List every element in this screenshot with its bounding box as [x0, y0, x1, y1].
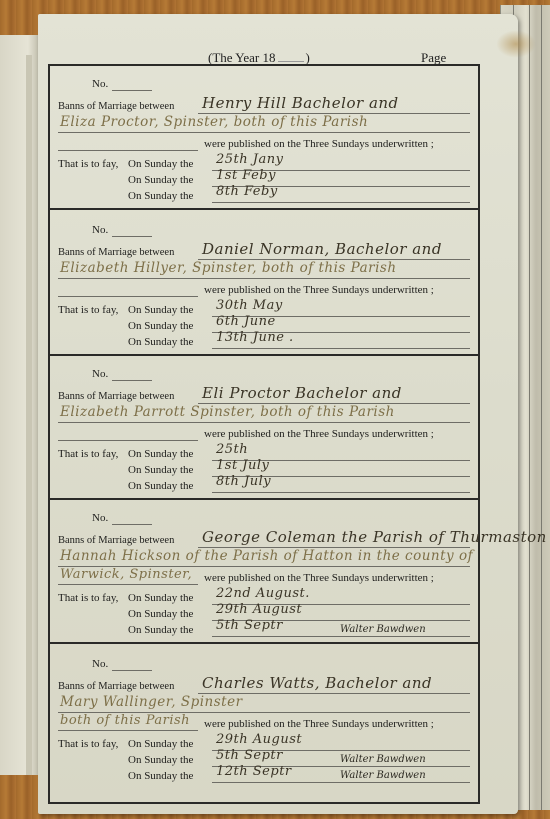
sunday-date-1: 22nd August. [216, 586, 310, 601]
banns-label: Banns of Marriage between [58, 535, 174, 546]
couple-line-1: Henry Hill Bachelor and [202, 94, 399, 112]
sunday-label-3: On Sunday the [128, 770, 193, 782]
sunday-label-2: On Sunday the [128, 464, 193, 476]
no-label: No. [92, 78, 108, 90]
sunday-date-1: 25th [216, 442, 248, 457]
banns-entry: No. Banns of Marriage between Eli Procto… [50, 356, 478, 500]
sunday-date-3: 12th Septr [216, 764, 292, 779]
that-is-label: That is to fay, [58, 304, 118, 316]
couple-line-3: both of this Parish [60, 713, 190, 728]
sunday-label-2: On Sunday the [128, 608, 193, 620]
sunday-date-1: 30th May [216, 298, 283, 313]
that-is-label: That is to fay, [58, 738, 118, 750]
sunday-date-2: 1st Feby [216, 168, 276, 183]
couple-line-1: George Coleman the Parish of Thurmaston [202, 528, 547, 546]
no-label: No. [92, 224, 108, 236]
officiant-signature-3: Walter Bawdwen [340, 624, 426, 635]
banns-entry: No. Banns of Marriage between Daniel Nor… [50, 212, 478, 356]
published-label: were published on the Three Sundays unde… [204, 284, 434, 296]
sunday-label-3: On Sunday the [128, 336, 193, 348]
sunday-date-3: 8th July [216, 474, 271, 489]
sunday-date-1: 29th August [216, 732, 302, 747]
sunday-label-3: On Sunday the [128, 190, 193, 202]
officiant-signature-2: Walter Bawdwen [340, 754, 426, 765]
published-label: were published on the Three Sundays unde… [204, 572, 434, 584]
that-is-label: That is to fay, [58, 592, 118, 604]
couple-line-2: Hannah Hickson of the Parish of Hatton i… [60, 548, 473, 564]
banns-entry: No. Banns of Marriage between Henry Hill… [50, 66, 478, 210]
banns-label: Banns of Marriage between [58, 101, 174, 112]
sunday-date-2: 29th August [216, 602, 302, 617]
sunday-date-3: 13th June . [216, 330, 294, 345]
banns-label: Banns of Marriage between [58, 247, 174, 258]
no-label: No. [92, 368, 108, 380]
couple-line-2: Eliza Proctor, Spinster, both of this Pa… [60, 114, 368, 130]
sunday-date-2: 5th Septr [216, 748, 283, 763]
banns-label: Banns of Marriage between [58, 391, 174, 402]
published-label: were published on the Three Sundays unde… [204, 138, 434, 150]
no-label: No. [92, 658, 108, 670]
published-label: were published on the Three Sundays unde… [204, 428, 434, 440]
couple-line-2: Mary Wallinger, Spinster [60, 694, 243, 710]
left-page-edge [0, 35, 42, 775]
sunday-label-3: On Sunday the [128, 480, 193, 492]
sunday-label-1: On Sunday the [128, 304, 193, 316]
sunday-label-2: On Sunday the [128, 174, 193, 186]
register-page: (The Year 18) Page No. Banns of Marriage… [38, 14, 518, 814]
published-label: were published on the Three Sundays unde… [204, 718, 434, 730]
sunday-label-1: On Sunday the [128, 158, 193, 170]
banns-register-frame: No. Banns of Marriage between Henry Hill… [48, 64, 480, 804]
no-label: No. [92, 512, 108, 524]
sunday-label-1: On Sunday the [128, 738, 193, 750]
sunday-label-1: On Sunday the [128, 448, 193, 460]
that-is-label: That is to fay, [58, 158, 118, 170]
sunday-label-1: On Sunday the [128, 592, 193, 604]
banns-entry: No. Banns of Marriage between Charles Wa… [50, 646, 478, 788]
banns-label: Banns of Marriage between [58, 681, 174, 692]
couple-line-2: Elizabeth Hillyer, Spinster, both of thi… [60, 260, 397, 276]
sunday-label-3: On Sunday the [128, 624, 193, 636]
sunday-date-1: 25th Jany [216, 152, 283, 167]
couple-line-1: Charles Watts, Bachelor and [202, 674, 432, 692]
sunday-label-2: On Sunday the [128, 754, 193, 766]
officiant-signature-3: Walter Bawdwen [340, 770, 426, 781]
couple-line-2: Elizabeth Parrott Spinster, both of this… [60, 404, 395, 420]
couple-line-3: Warwick, Spinster, [60, 567, 192, 582]
sunday-date-3: 5th Septr [216, 618, 283, 633]
sunday-date-2: 1st July [216, 458, 269, 473]
banns-entry: No. Banns of Marriage between George Col… [50, 500, 478, 644]
sunday-label-2: On Sunday the [128, 320, 193, 332]
sunday-date-2: 6th June [216, 314, 276, 329]
sunday-date-3: 8th Feby [216, 184, 278, 199]
that-is-label: That is to fay, [58, 448, 118, 460]
couple-line-1: Eli Proctor Bachelor and [202, 384, 402, 402]
couple-line-1: Daniel Norman, Bachelor and [202, 240, 442, 258]
